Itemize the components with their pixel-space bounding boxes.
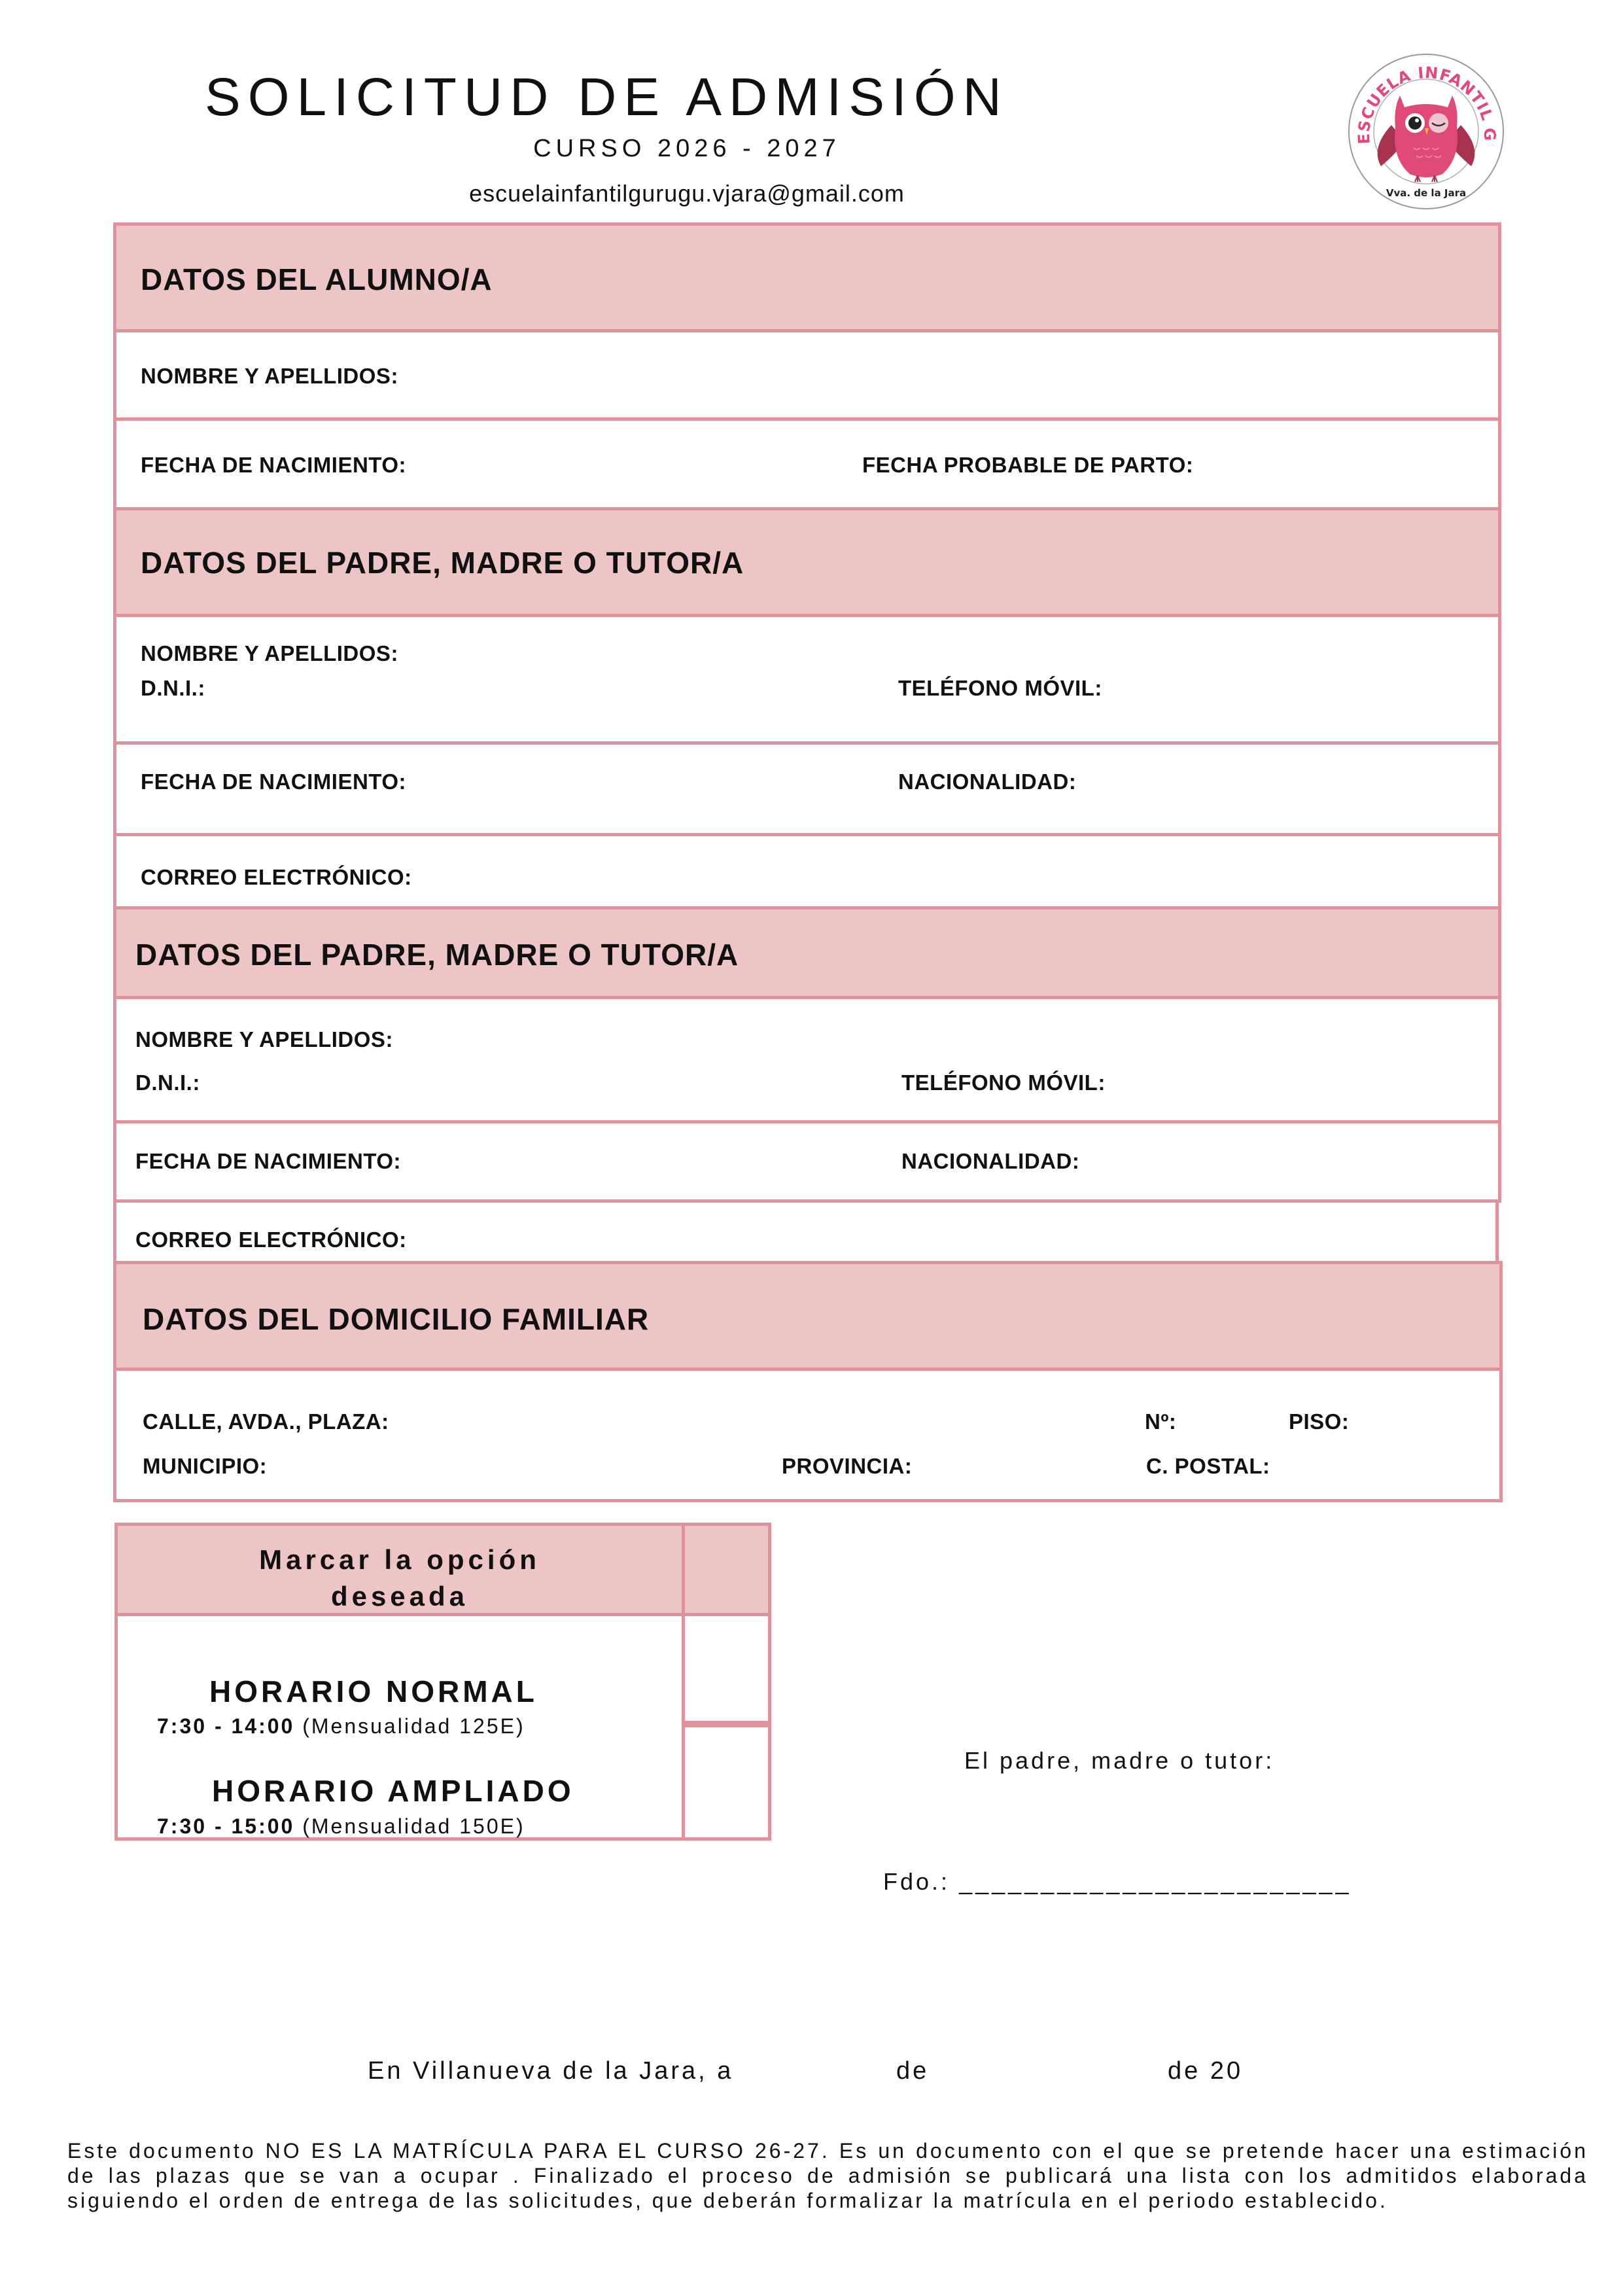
section-title-guardian-1: DATOS DEL PADRE, MADRE O TUTOR/A: [141, 545, 744, 580]
label-guardian-2-phone: TELÉFONO MÓVIL:: [901, 1070, 1106, 1095]
option-detail-ampliado: 7:30 - 15:00 (Mensualidad 150E): [157, 1814, 525, 1839]
label-guardian-1-birth-date: FECHA DE NACIMIENTO:: [141, 769, 406, 794]
label-guardian-1-name: NOMBRE Y APELLIDOS:: [141, 641, 398, 666]
label-student-due-date: FECHA PROBABLE DE PARTO:: [862, 453, 1193, 478]
signature-prefix: Fdo.:: [883, 1868, 950, 1895]
label-guardian-1-nationality: NACIONALIDAD:: [898, 769, 1076, 794]
options-header-check-column: [682, 1523, 771, 1616]
signature-blank: ________________________: [959, 1868, 1352, 1895]
label-student-birth-date: FECHA DE NACIMIENTO:: [141, 453, 406, 478]
label-address-postal-code: C. POSTAL:: [1146, 1454, 1270, 1479]
options-header-line-1: Marcar la opción: [114, 1542, 685, 1578]
page-title: SOLICITUD DE ADMISIÓN: [205, 71, 1009, 124]
field-row-guardian-2-id[interactable]: [113, 996, 1501, 1123]
svg-text:Vva. de la Jara: Vva. de la Jara: [1386, 187, 1466, 199]
label-address-street: CALLE, AVDA., PLAZA:: [143, 1409, 389, 1434]
course-subtitle: CURSO 2026 - 2027: [0, 136, 1374, 161]
option-title-ampliado: HORARIO AMPLIADO: [212, 1773, 574, 1809]
label-guardian-1-phone: TELÉFONO MÓVIL:: [898, 676, 1102, 701]
label-student-name: NOMBRE Y APELLIDOS:: [141, 364, 398, 389]
school-logo: ESCUELA INFANTIL GURUGÚ Vva. de la Jara: [1344, 50, 1508, 213]
label-guardian-2-dni: D.N.I.:: [135, 1070, 200, 1095]
label-guardian-2-birth-date: FECHA DE NACIMIENTO:: [135, 1149, 401, 1174]
label-guardian-1-dni: D.N.I.:: [141, 676, 205, 701]
disclaimer-note: Este documento NO ES LA MATRÍCULA PARA E…: [67, 2138, 1588, 2213]
signature-line[interactable]: Fdo.: ________________________: [883, 1868, 1352, 1896]
date-de-2: de 20: [1168, 2057, 1243, 2085]
school-email: escuelainfantilgurugu.vjara@gmail.com: [0, 182, 1374, 205]
signature-label: El padre, madre o tutor:: [964, 1747, 1274, 1775]
checkbox-horario-normal[interactable]: [682, 1613, 771, 1727]
option-time-ampliado: 7:30 - 15:00: [157, 1814, 294, 1838]
section-title-address: DATOS DEL DOMICILIO FAMILIAR: [143, 1301, 649, 1337]
label-guardian-2-nationality: NACIONALIDAD:: [901, 1149, 1079, 1174]
label-address-floor: PISO:: [1289, 1409, 1349, 1434]
label-address-municipality: MUNICIPIO:: [143, 1454, 267, 1479]
label-guardian-2-name: NOMBRE Y APELLIDOS:: [135, 1027, 393, 1052]
field-row-guardian-1-id[interactable]: [113, 614, 1501, 745]
label-address-province: PROVINCIA:: [782, 1454, 912, 1479]
label-guardian-1-email: CORREO ELECTRÓNICO:: [141, 865, 412, 890]
label-guardian-2-email: CORREO ELECTRÓNICO:: [135, 1227, 407, 1252]
label-address-number: Nº:: [1145, 1409, 1176, 1434]
option-price-normal: (Mensualidad 125E): [302, 1714, 525, 1738]
section-title-student: DATOS DEL ALUMNO/A: [141, 262, 493, 297]
option-time-normal: 7:30 - 14:00: [157, 1714, 294, 1738]
date-de-1: de: [896, 2057, 929, 2085]
field-row-address[interactable]: [113, 1368, 1503, 1502]
date-place: En Villanueva de la Jara, a: [368, 2057, 733, 2085]
section-title-guardian-2: DATOS DEL PADRE, MADRE O TUTOR/A: [135, 937, 739, 972]
options-header-text: Marcar la opción deseada: [114, 1542, 685, 1615]
option-detail-normal: 7:30 - 14:00 (Mensualidad 125E): [157, 1714, 525, 1739]
option-title-normal: HORARIO NORMAL: [209, 1674, 538, 1709]
owl-icon: ESCUELA INFANTIL GURUGÚ Vva. de la Jara: [1344, 50, 1508, 213]
options-header-line-2: deseada: [114, 1578, 685, 1615]
option-price-ampliado: (Mensualidad 150E): [302, 1814, 525, 1838]
checkbox-horario-ampliado[interactable]: [682, 1721, 771, 1841]
